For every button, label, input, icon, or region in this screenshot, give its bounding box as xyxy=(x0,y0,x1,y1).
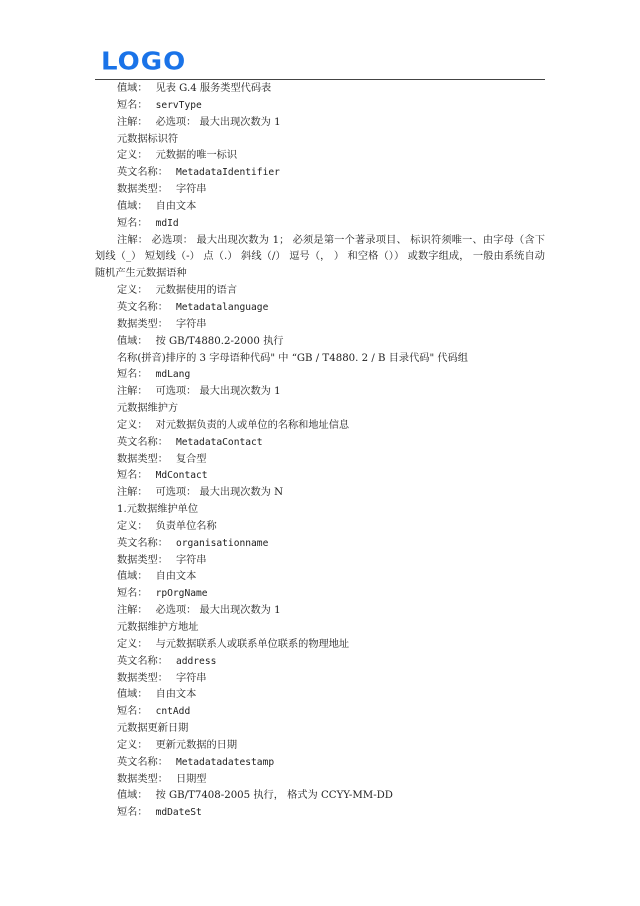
field-value: Metadatalanguage xyxy=(176,302,268,313)
field-line: 数据类型：字符串 xyxy=(95,317,545,334)
field-label: 数据类型： xyxy=(117,555,168,566)
field-label: 定义： xyxy=(117,639,148,650)
field-line: 值域：自由文本 xyxy=(95,687,545,704)
field-label: 数据类型： xyxy=(117,774,168,785)
field-label: 短名： xyxy=(117,470,148,481)
field-label: 值域： xyxy=(117,689,148,700)
field-value: servType xyxy=(156,100,202,111)
field-line: 英文名称：MetadataIdentifier xyxy=(95,165,545,182)
field-value: 元数据的唯一标识 xyxy=(156,150,238,161)
field-line: 数据类型：字符串 xyxy=(95,553,545,570)
field-label: 短名： xyxy=(117,369,148,380)
field-value: 日期型 xyxy=(176,774,207,785)
field-value: MetadataIdentifier xyxy=(176,167,280,178)
field-value: 必选项： 最大出现次数为 1 xyxy=(156,605,281,616)
field-line: 注解：必选项： 最大出现次数为 1 xyxy=(95,603,545,620)
field-line: 值域：自由文本 xyxy=(95,199,545,216)
field-value: 与元数据联系人或联系单位联系的物理地址 xyxy=(156,639,350,650)
field-line: 数据类型：复合型 xyxy=(95,452,545,469)
field-line: 英文名称：organisationname xyxy=(95,536,545,553)
field-line: 英文名称：address xyxy=(95,654,545,671)
field-line: 英文名称：Metadatadatestamp xyxy=(95,755,545,772)
field-line: 短名：MdContact xyxy=(95,468,545,485)
field-line: 定义：对元数据负责的人或单位的名称和地址信息 xyxy=(95,418,545,435)
field-line: 英文名称：MetadataContact xyxy=(95,435,545,452)
field-line: 值域：按 GB/T7408-2005 执行， 格式为 CCYY-MM-DD xyxy=(95,788,545,805)
field-label: 值域： xyxy=(117,83,148,94)
field-value: mdId xyxy=(156,218,179,229)
field-label: 数据类型： xyxy=(117,454,168,465)
field-line: 定义：负责单位名称 xyxy=(95,519,545,536)
field-label: 英文名称： xyxy=(117,167,168,178)
field-label: 定义： xyxy=(117,285,148,296)
field-value: 负责单位名称 xyxy=(156,521,217,532)
section-heading: 元数据标识符 xyxy=(95,132,545,149)
field-line: 短名：mdId xyxy=(95,216,545,233)
field-value: mdLang xyxy=(156,369,191,380)
field-line: 短名：rpOrgName xyxy=(95,586,545,603)
field-line: 值域：见表 G.4 服务类型代码表 xyxy=(95,81,545,98)
section-heading: 元数据维护方地址 xyxy=(95,620,545,637)
field-label: 定义： xyxy=(117,150,148,161)
field-value: 1.元数据维护单位 xyxy=(117,504,198,515)
field-label: 短名： xyxy=(117,807,148,818)
field-line: 短名：cntAdd xyxy=(95,704,545,721)
field-label: 值域： xyxy=(117,790,148,801)
field-line: 定义：元数据的唯一标识 xyxy=(95,148,545,165)
field-value: 元数据维护方地址 xyxy=(117,622,199,633)
field-value: 复合型 xyxy=(176,454,207,465)
field-label: 英文名称： xyxy=(117,757,168,768)
field-label: 定义： xyxy=(117,420,148,431)
section-heading: 元数据更新日期 xyxy=(95,721,545,738)
field-value: 名称(拼音)排序的 3 字母语种代码" 中 “GB / T4880. 2 / B… xyxy=(117,353,468,364)
field-value: 元数据更新日期 xyxy=(117,723,188,734)
field-value: MetadataContact xyxy=(176,437,263,448)
field-value: 自由文本 xyxy=(156,201,197,212)
field-line: 短名：mdLang xyxy=(95,367,545,384)
header-divider xyxy=(95,79,545,80)
field-value: rpOrgName xyxy=(156,588,208,599)
field-label: 注解： xyxy=(117,386,148,397)
field-label: 值域： xyxy=(117,571,148,582)
field-label: 注解： xyxy=(117,117,148,128)
field-value: 元数据维护方 xyxy=(117,403,178,414)
field-value: 必选项： 最大出现次数为 1 xyxy=(156,117,281,128)
field-label: 注解： xyxy=(117,487,148,498)
field-line: 值域：按 GB/T4880.2-2000 执行 xyxy=(95,334,545,351)
field-label: 定义： xyxy=(117,740,148,751)
field-label: 数据类型： xyxy=(117,184,168,195)
field-label: 短名： xyxy=(117,100,148,111)
section-heading: 元数据维护方 xyxy=(95,401,545,418)
logo-text: LOGO xyxy=(101,51,186,74)
field-value: MdContact xyxy=(156,470,208,481)
field-value: 可选项： 最大出现次数为 1 xyxy=(156,386,281,397)
field-label: 数据类型： xyxy=(117,319,168,330)
field-value: 自由文本 xyxy=(156,689,197,700)
field-label: 英文名称： xyxy=(117,302,168,313)
field-line: 定义：元数据使用的语言 xyxy=(95,283,545,300)
field-value: 字符串 xyxy=(176,184,207,195)
field-line: 注解：可选项： 最大出现次数为 N xyxy=(95,485,545,502)
field-line: 数据类型：日期型 xyxy=(95,772,545,789)
field-label: 值域： xyxy=(117,336,148,347)
logo: LOGO xyxy=(101,50,186,74)
field-value: 元数据使用的语言 xyxy=(156,285,238,296)
field-line: 注解：可选项： 最大出现次数为 1 xyxy=(95,384,545,401)
field-line: 注解：必选项： 最大出现次数为 1 xyxy=(95,115,545,132)
field-label: 短名： xyxy=(117,588,148,599)
field-value: 元数据标识符 xyxy=(117,134,178,145)
field-value: organisationname xyxy=(176,538,268,549)
field-line: 短名：mdDateSt xyxy=(95,805,545,822)
field-value: address xyxy=(176,656,216,667)
field-value: cntAdd xyxy=(156,706,191,717)
field-value: 自由文本 xyxy=(156,571,197,582)
field-line: 定义：更新元数据的日期 xyxy=(95,738,545,755)
field-value: 按 GB/T7408-2005 执行， 格式为 CCYY-MM-DD xyxy=(156,790,393,801)
field-value: 可选项： 最大出现次数为 N xyxy=(156,487,283,498)
field-label: 值域： xyxy=(117,201,148,212)
field-label: 英文名称： xyxy=(117,656,168,667)
field-label: 英文名称： xyxy=(117,538,168,549)
field-value: 更新元数据的日期 xyxy=(156,740,238,751)
document-body: 值域：见表 G.4 服务类型代码表短名：servType注解：必选项： 最大出现… xyxy=(95,81,545,822)
field-value: Metadatadatestamp xyxy=(176,757,274,768)
field-label: 英文名称： xyxy=(117,437,168,448)
note-paragraph: 注解： 必选项： 最大出现次数为 1； 必须是第一个著录项目、 标识符须唯一、由… xyxy=(95,233,545,284)
field-line: 值域：自由文本 xyxy=(95,569,545,586)
field-label: 数据类型： xyxy=(117,673,168,684)
field-value: 见表 G.4 服务类型代码表 xyxy=(156,83,272,94)
field-line: 数据类型：字符串 xyxy=(95,671,545,688)
field-label: 短名： xyxy=(117,218,148,229)
field-value: 字符串 xyxy=(176,319,207,330)
field-line: 英文名称：Metadatalanguage xyxy=(95,300,545,317)
section-heading: 1.元数据维护单位 xyxy=(95,502,545,519)
field-value: 字符串 xyxy=(176,555,207,566)
field-line: 短名：servType xyxy=(95,98,545,115)
field-value: 字符串 xyxy=(176,673,207,684)
field-value: 对元数据负责的人或单位的名称和地址信息 xyxy=(156,420,350,431)
field-line: 数据类型：字符串 xyxy=(95,182,545,199)
field-value: mdDateSt xyxy=(156,807,202,818)
field-value: 按 GB/T4880.2-2000 执行 xyxy=(156,336,284,347)
field-line: 定义：与元数据联系人或联系单位联系的物理地址 xyxy=(95,637,545,654)
field-label: 注解： xyxy=(117,605,148,616)
field-label: 定义： xyxy=(117,521,148,532)
field-label: 短名： xyxy=(117,706,148,717)
section-heading: 名称(拼音)排序的 3 字母语种代码" 中 “GB / T4880. 2 / B… xyxy=(95,351,545,368)
